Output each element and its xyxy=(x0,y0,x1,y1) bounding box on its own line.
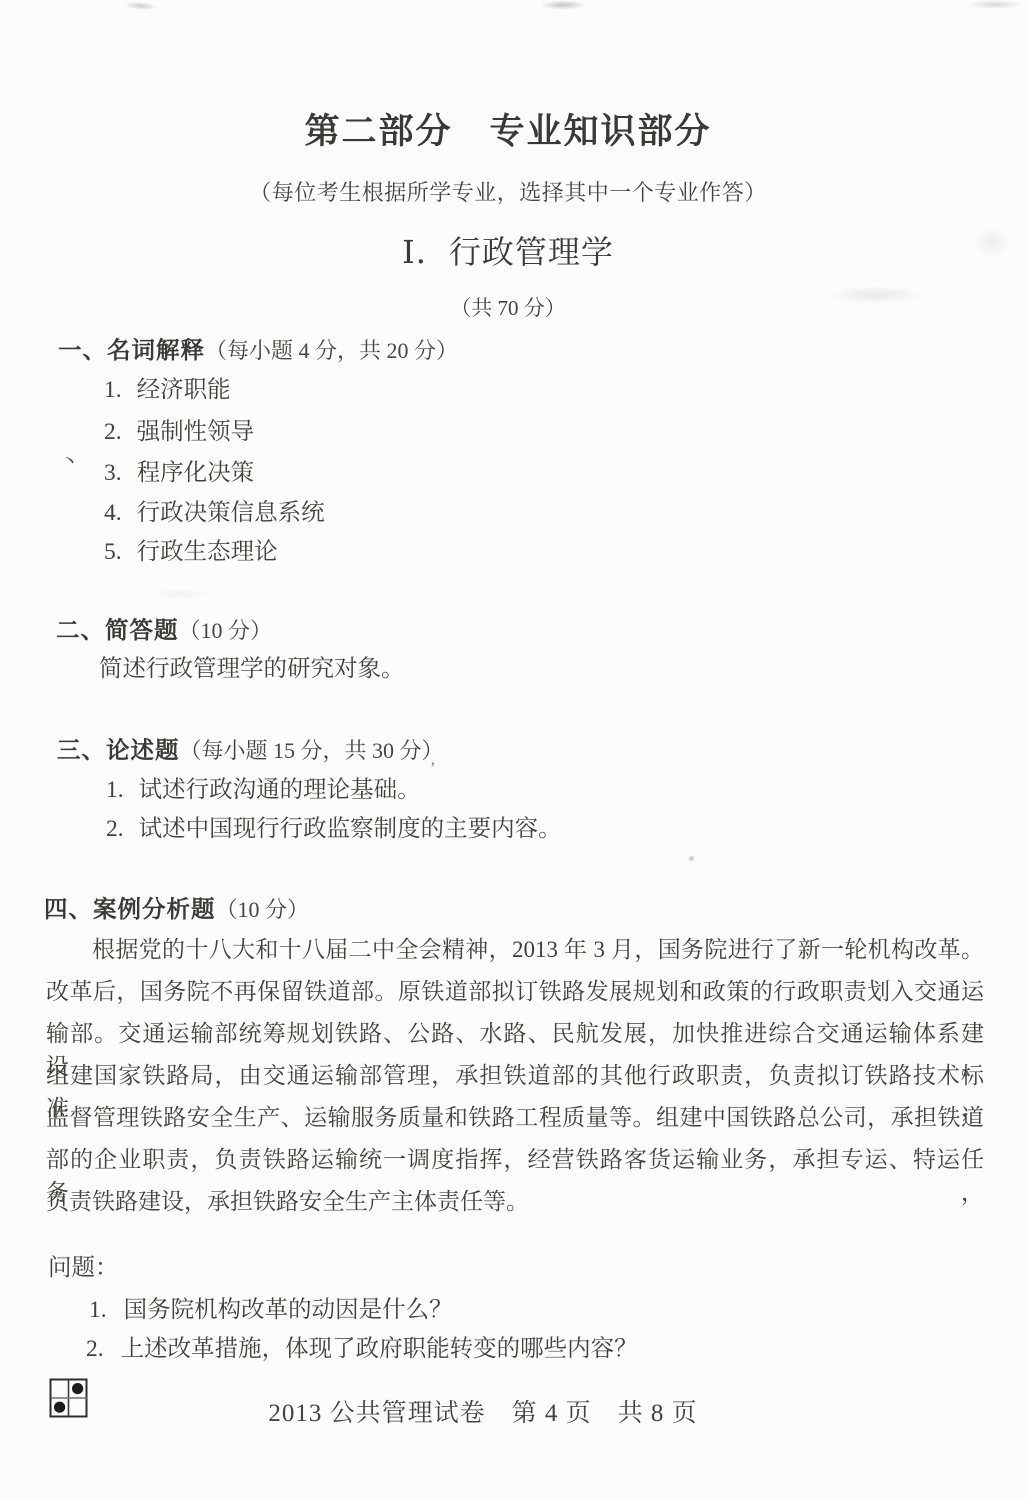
essay-item-1: 1.试述行政沟通的理论基础。 xyxy=(106,770,421,804)
section-2-heading: 二、简答题（10 分） xyxy=(56,611,272,645)
section-3-label: 三、论述题 xyxy=(57,737,180,763)
section-1-label: 一、名词解释 xyxy=(58,337,205,363)
essay-item-2: 2.试述中国现行行政监察制度的主要内容。 xyxy=(106,809,562,843)
section-4-heading: 四、案例分析题（10 分） xyxy=(44,890,309,924)
exam-instruction: （每位考生根据所学专业，选择其中一个专业作答） xyxy=(0,176,1016,207)
scan-smudge xyxy=(124,1,158,11)
exam-page: 第二部分 专业知识部分 （每位考生根据所学专业，选择其中一个专业作答） Ⅰ．行政… xyxy=(0,0,1030,1502)
section-1-note: （每小题 4 分，共 20 分） xyxy=(205,338,458,363)
term-item-4: 4.行政决策信息系统 xyxy=(104,493,325,527)
section-4-note: （10 分） xyxy=(216,897,310,922)
section-1-heading: 一、名词解释（每小题 4 分，共 20 分） xyxy=(58,331,458,365)
term-item-5: 5.行政生态理论 xyxy=(104,532,278,566)
stray-tick-mark: ’ xyxy=(430,760,435,778)
case-line-7: 负责铁路建设，承担铁路安全生产主体责任等。 xyxy=(46,1183,984,1216)
scan-smudge xyxy=(150,588,210,600)
short-answer-question: 简述行政管理学的研究对象。 xyxy=(99,649,405,683)
term-item-3: 3.程序化决策 xyxy=(104,453,254,487)
term-item-1: 1.经济职能 xyxy=(104,370,231,404)
questions-label: 问题： xyxy=(48,1248,119,1282)
question-item-1: 1.国务院机构改革的动因是什么？ xyxy=(89,1290,453,1324)
case-line-2: 改革后，国务院不再保留铁道部。原铁道部拟订铁路发展规划和政策的行政职责划入交通运 xyxy=(46,973,984,1006)
subject-title: Ⅰ．行政管理学 xyxy=(0,227,1016,273)
total-points: （共 70 分） xyxy=(0,292,1016,322)
section-2-label: 二、简答题 xyxy=(56,617,179,643)
section-3-heading: 三、论述题（每小题 15 分，共 30 分） xyxy=(57,731,444,765)
section-4-label: 四、案例分析题 xyxy=(44,896,216,922)
section-2-note: （10 分） xyxy=(179,618,273,643)
scan-smudge xyxy=(540,0,586,10)
stray-ink-mark: 丶 xyxy=(58,446,81,475)
registration-mark xyxy=(49,1378,89,1424)
case-line-1: 根据党的十八大和十八届二中全会精神，2013 年 3 月，国务院进行了新一轮机构… xyxy=(46,931,984,964)
page-footer: 2013 公共管理试卷 第 4 页 共 8 页 xyxy=(0,1393,966,1429)
question-item-2: 2.上述改革措施，体现了政府职能转变的哪些内容？ xyxy=(86,1329,638,1363)
scan-smudge xyxy=(688,855,695,862)
term-item-2: 2.强制性领导 xyxy=(104,412,254,446)
part-title: 第二部分 专业知识部分 xyxy=(0,104,1016,154)
case-line-5: 监督管理铁路安全生产、运输服务质量和铁路工程质量等。组建中国铁路总公司，承担铁道 xyxy=(46,1099,984,1132)
section-3-note: （每小题 15 分，共 30 分） xyxy=(180,738,444,763)
scan-smudge xyxy=(965,0,1025,9)
